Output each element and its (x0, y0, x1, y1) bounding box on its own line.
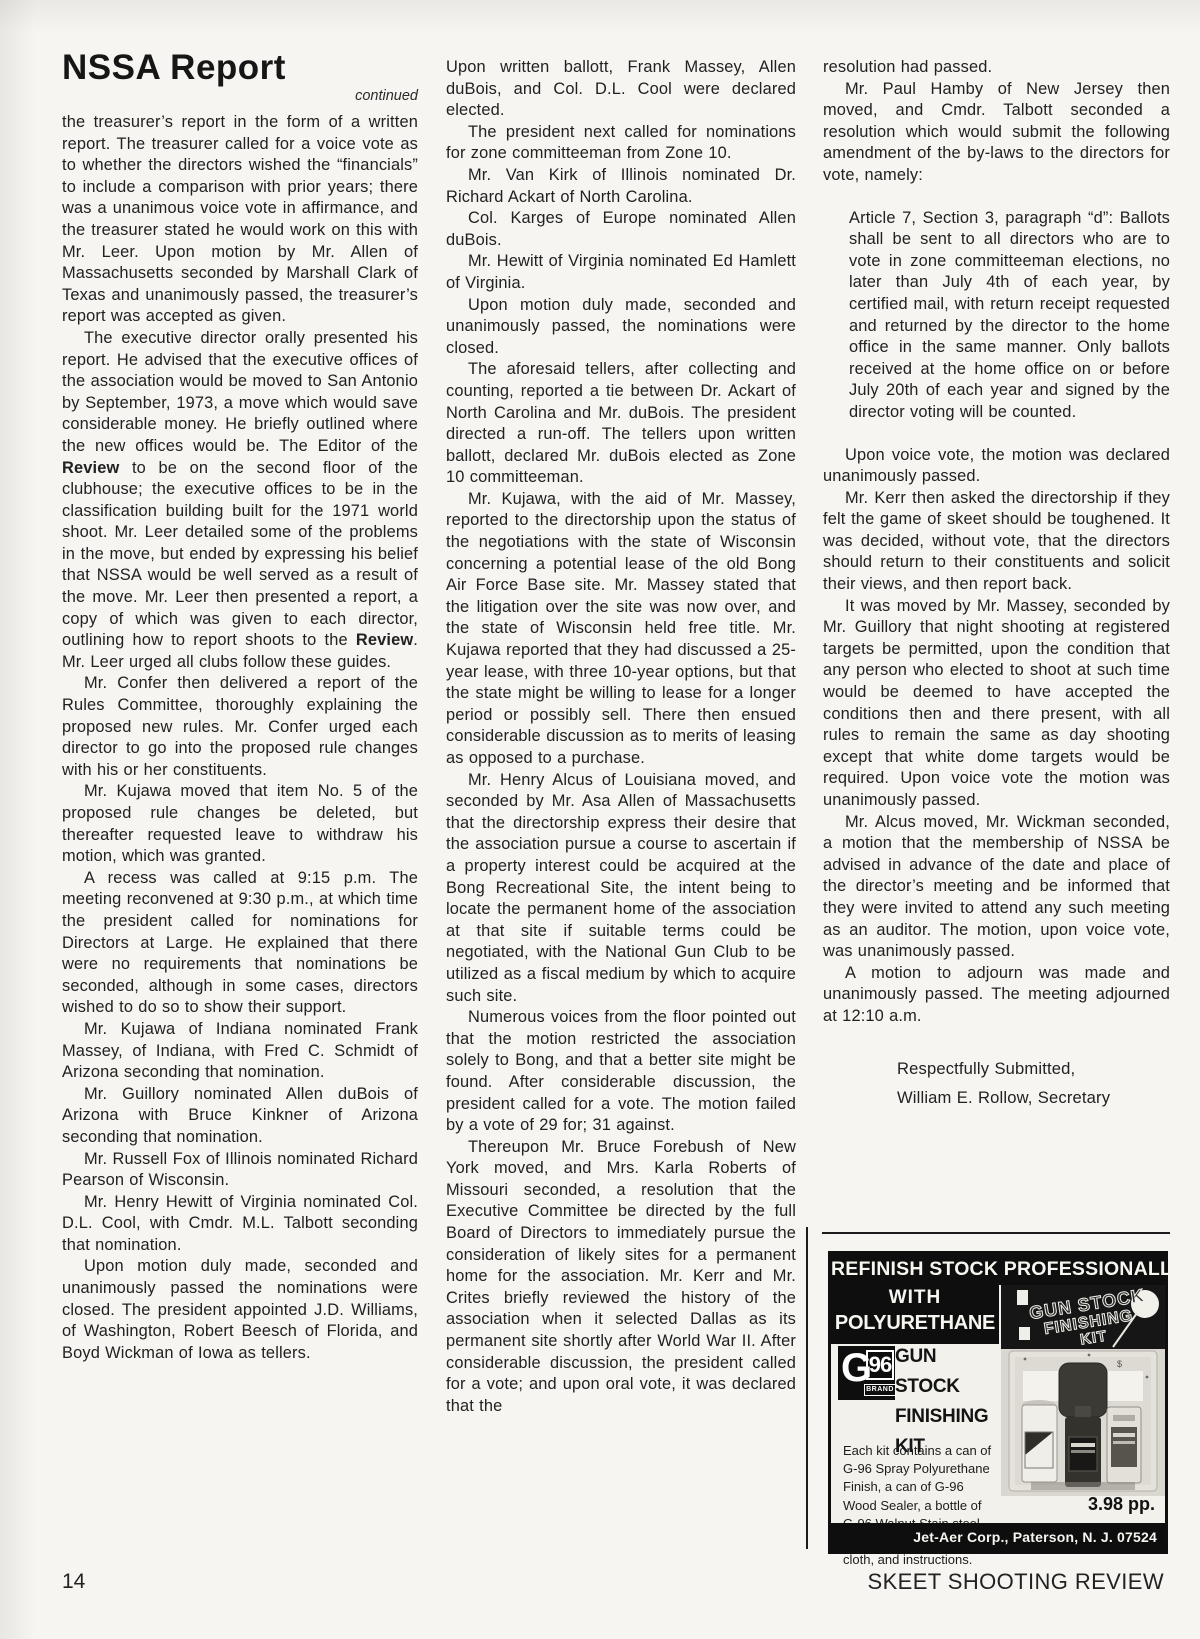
paragraph: Respectfully Submitted, (897, 1054, 1170, 1083)
paragraph: Mr. Guillory nominated Allen duBois of A… (62, 1084, 418, 1149)
paragraph: Upon written ballott, Frank Massey, Alle… (446, 57, 796, 122)
magazine-name: SKEET SHOOTING REVIEW (868, 1569, 1164, 1595)
article-column-middle: Upon written ballott, Frank Massey, Alle… (446, 57, 796, 1417)
paragraph: Mr. Kujawa of Indiana nominated Frank Ma… (62, 1019, 418, 1084)
ad-top-rule (822, 1232, 1170, 1234)
paragraph: Upon motion duly made, seconded and unan… (62, 1256, 418, 1364)
paragraph: William E. Rollow, Secretary (897, 1083, 1170, 1112)
right-column-top: resolution had passed.Mr. Paul Hamby of … (823, 57, 1170, 187)
logo-number-96: 96 (866, 1350, 894, 1380)
paragraph: resolution had passed. (823, 57, 1170, 79)
paragraph: Mr. Henry Hewitt of Virginia nominated C… (62, 1192, 418, 1257)
page-number: 14 (62, 1570, 85, 1594)
gun-stock-kit-photo-illustration: GUN STOCK FINISHING KIT $ (1001, 1285, 1165, 1496)
g96-advertisement: REFINISH STOCK PROFESSIONALLY WITH POLYU… (828, 1251, 1168, 1554)
product-title-line: GUN STOCK (895, 1342, 997, 1402)
article-title: NSSA Report (62, 48, 286, 88)
product-photo: GUN STOCK FINISHING KIT $ (1001, 1285, 1165, 1496)
paragraph: Col. Karges of Europe nominated Allen du… (446, 208, 796, 251)
paragraph: The executive director orally presented … (62, 328, 418, 674)
product-title-line: FINISHING (895, 1402, 997, 1432)
paragraph: Mr. Paul Hamby of New Jersey then moved,… (823, 79, 1170, 187)
paragraph: The aforesaid tellers, after collecting … (446, 359, 796, 489)
paragraph: Mr. Alcus moved, Mr. Wickman seconded, a… (823, 812, 1170, 963)
ad-company-line: Jet-Aer Corp., Paterson, N. J. 07524 (831, 1523, 1165, 1551)
bylaw-amendment-text: Article 7, Section 3, paragraph “d”: Bal… (849, 208, 1170, 424)
paragraph: Numerous voices from the floor pointed o… (446, 1007, 796, 1137)
paragraph: the treasurer’s report in the form of a … (62, 112, 418, 328)
paragraph: A recess was called at 9:15 p.m. The mee… (62, 868, 418, 1019)
magazine-page: NSSA Report continued the treasurer’s re… (0, 0, 1200, 1639)
paragraph: The president next called for nomination… (446, 122, 796, 165)
paragraph: Mr. Kerr then asked the directorship if … (823, 488, 1170, 596)
paragraph: Thereupon Mr. Bruce Forebush of New York… (446, 1137, 796, 1418)
paragraph: Mr. Kujawa, with the aid of Mr. Massey, … (446, 489, 796, 770)
paragraph: Mr. Hewitt of Virginia nominated Ed Haml… (446, 251, 796, 294)
paragraph: A motion to adjourn was made and unanimo… (823, 963, 1170, 1028)
paragraph: Mr. Van Kirk of Illinois nominated Dr. R… (446, 165, 796, 208)
ad-headline: REFINISH STOCK PROFESSIONALLY (831, 1254, 1165, 1285)
paragraph: Mr. Confer then delivered a report of th… (62, 673, 418, 781)
ad-subheadline-with: WITH (831, 1285, 999, 1311)
signature-block: Respectfully Submitted,William E. Rollow… (823, 1054, 1170, 1112)
logo-brand-label: BRAND (864, 1384, 896, 1396)
article-column-left: the treasurer’s report in the form of a … (62, 112, 418, 1364)
paragraph: Mr. Henry Alcus of Louisiana moved, and … (446, 770, 796, 1008)
continued-label: continued (62, 88, 418, 104)
right-column-bottom: Upon voice vote, the motion was declared… (823, 445, 1170, 1028)
ad-price: 3.98 pp. (1088, 1494, 1155, 1515)
bylaw-amendment-quote: Article 7, Section 3, paragraph “d”: Bal… (823, 208, 1170, 424)
g96-brand-logo: G 96 BRAND (838, 1346, 895, 1400)
article-column-right: resolution had passed.Mr. Paul Hamby of … (823, 57, 1170, 1112)
column-divider-rule (806, 1227, 808, 1549)
paragraph: Mr. Russell Fox of Illinois nominated Ri… (62, 1149, 418, 1192)
ad-subheadline: WITH POLYURETHANE (831, 1285, 999, 1344)
svg-text:$: $ (1117, 1359, 1122, 1369)
ad-subheadline-polyurethane: POLYURETHANE (831, 1311, 999, 1335)
paragraph: Mr. Kujawa moved that item No. 5 of the … (62, 781, 418, 867)
paragraph: Upon motion duly made, seconded and unan… (446, 295, 796, 360)
paragraph: Upon voice vote, the motion was declared… (823, 445, 1170, 488)
paragraph: It was moved by Mr. Massey, seconded by … (823, 596, 1170, 812)
